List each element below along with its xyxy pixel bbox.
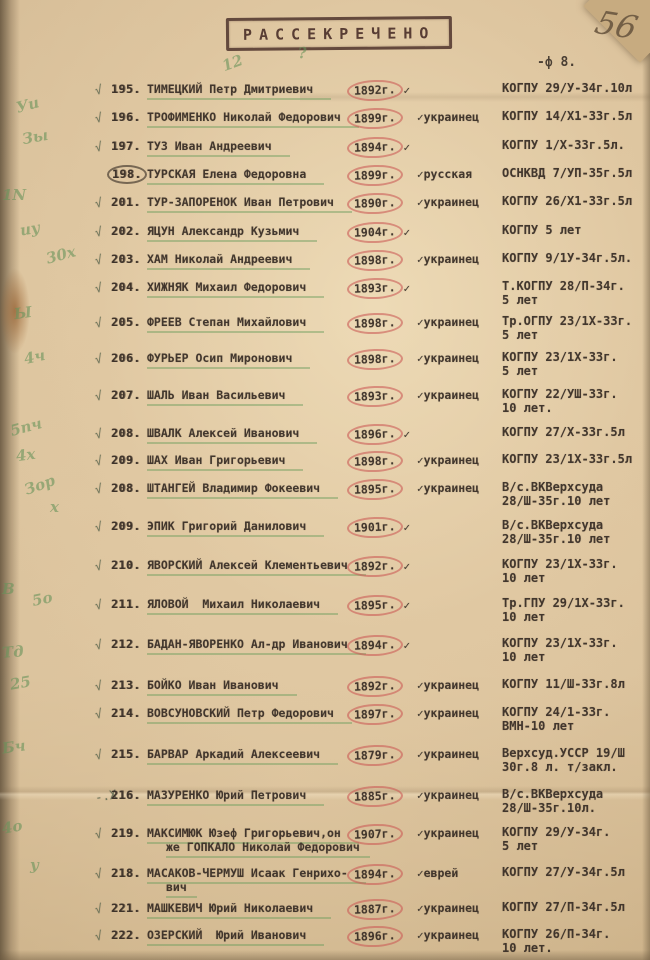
row-number: 202. [111,224,141,238]
birth-year-circled: 1893г. [347,277,403,300]
nationality-group: ✓украинец [416,388,479,402]
birth-year-group: 1894г. [347,864,403,885]
row-number: 210. [111,558,141,572]
sentence-record: КОГПУ 23/1Х-33г. 10 лет [502,637,618,664]
birth-year-group: 1879г. [347,745,403,766]
person-name: ШВАЛК Алексей Иванович [147,426,317,444]
nationality: украинец [424,678,479,692]
sentence-record: КОГПУ 11/Ш-33г.8л [502,678,625,692]
sentence-record: КОГПУ 27/Х-33г.5л [502,426,625,440]
pencil-checkmark: √ [94,139,104,154]
row-number: 207. [111,388,141,402]
margin-pencil-mark: 1N [2,186,26,204]
pen-tick-icon: ✓ [417,352,424,365]
sentence-record: КОГПУ 23/1Х-33г.5л [502,453,632,467]
pen-tick-icon: ✓ [417,789,424,802]
birth-year-circled: 1892г. [347,555,403,578]
margin-pencil-mark: В [2,580,15,598]
person-name: ШАЛЬ Иван Васильевич [147,388,303,406]
pen-tick-icon: ✓ [417,253,424,266]
birth-year-group: 1901г.✓ [347,517,410,538]
birth-year-circled: 1896г. [347,423,403,446]
person-name: ШТАНГЕЙ Владимир Фокеевич [147,481,338,499]
birth-year-circled: 1898г. [347,450,403,473]
list-row: √207.ШАЛЬ Иван Васильевич1893г.✓украинец… [0,388,650,418]
birth-year-circled: 1898г. [347,312,403,335]
birth-year-circled: 1879г. [347,744,403,767]
birth-year-circled: 1890г. [347,192,403,215]
pencil-checkmark: √ [94,351,104,366]
birth-year-group: 1894г.✓ [347,137,410,158]
list-row: 198.ТУРСКАЯ Елена Федоровна1899г.✓русска… [0,167,650,197]
pencil-checkmark: √ [94,224,104,239]
sentence-record: КОГПУ 5 лет [502,224,581,238]
birth-year-circled: 1895г. [347,478,403,501]
person-name: МАЗУРЕНКО Юрий Петрович [147,788,324,806]
birth-year-group: 1898г. [347,451,403,472]
list-row: √195.ТИМЕЦКИЙ Петр Дмитриевич1892г.✓КОГП… [0,82,650,112]
row-number: 219. [111,826,141,840]
list-row: √213.БОЙКО Иван Иванович1892г.✓украинецК… [0,678,650,708]
birth-year-circled: 1898г. [347,249,403,272]
birth-year-group: 1896г. [347,926,403,947]
birth-year-group: 1894г.✓ [347,635,410,656]
sentence-record: КОГПУ 27/П-34г.5л [502,901,625,915]
sentence-record: КОГПУ 27/У-34г.5л [502,866,625,880]
sentence-record: КОГПУ 29/У-34г.10л [502,82,632,96]
sentence-record: КОГПУ 14/Х1-33г.5л [502,110,632,124]
pencil-checkmark: √ [94,901,104,916]
nationality: еврей [424,866,459,880]
sentence-record: КОГПУ 22/УШ-33г. 10 лет. [502,388,618,415]
margin-pencil-mark: х [50,498,59,516]
sentence-record: КОГПУ 26/Х1-33г.5л [502,195,632,209]
list-row: √196.ТРОФИМЕНКО Николай Федорович1899г.✓… [0,110,650,140]
pencil-checkmark: √ [94,426,104,441]
person-name: ЭПИК Григорий Данилович [147,519,324,537]
pen-tick-icon: ✓ [417,929,424,942]
list-row: √201.ТУР-ЗАПОРЕНОК Иван Петрович1890г.✓у… [0,195,650,225]
person-name: ТУР-ЗАПОРЕНОК Иван Петрович [147,195,352,213]
birth-year-group: 1892г.✓ [347,80,410,101]
person-name: БОЙКО Иван Иванович [147,678,297,696]
nationality: русская [424,167,472,181]
pencil-checkmark: √ [94,252,104,267]
pen-tick-icon: ✓ [404,639,411,652]
pen-tick-icon: ✓ [417,482,424,495]
pencil-checkmark: √ [94,597,104,612]
pen-tick-icon: ✓ [404,226,411,239]
nationality: украинец [424,747,479,761]
list-row: √197.ТУЗ Иван Андреевич1894г.✓КОГПУ 1/Х-… [0,139,650,169]
pencil-checkmark: √ [94,747,104,762]
birth-year-circled: 1904г. [347,221,403,244]
pen-tick-icon: ✓ [417,748,424,761]
person-name: БАРВАР Аркадий Алексеевич [147,747,338,765]
margin-pencil-mark: Ы [13,303,33,323]
row-number: 204. [111,280,141,294]
row-number: 214. [111,706,141,720]
person-name: ОЗЕРСКИЙ Юрий Иванович [147,928,324,946]
person-name: ХАМ Николай Андреевич [147,252,310,270]
pen-tick-icon: ✓ [404,599,411,612]
row-number: 206. [111,351,141,365]
sentence-record: Тр.ГПУ 29/1Х-33г. 10 лет [502,597,625,624]
list-row: √205.ФРЕЕВ Степан Михайлович1898г.✓украи… [0,315,650,345]
nationality-group: ✓украинец [416,706,479,720]
nationality-group: ✓русская [416,167,472,181]
list-row: √209.ШАХ Иван Григорьевич1898г.✓украинец… [0,453,650,483]
birth-year-group: 1895г. [347,479,403,500]
nationality-group: ✓украинец [416,928,479,942]
pen-tick-icon: ✓ [404,428,411,441]
list-row: √218.МАСАКОВ-ЧЕРМУШ Исаак Генрихо-вич189… [0,866,650,896]
sentence-record: КОГПУ 1/Х-33г.5л. [502,139,625,153]
person-name: ФРЕЕВ Степан Михайлович [147,315,324,333]
row-number: 208. [111,481,141,495]
pen-tick-icon: ✓ [417,902,424,915]
birth-year-group: 1887г. [347,899,403,920]
person-name-line2: же ГОПКАЛО Николай Федорович [166,840,370,858]
row-number: 222. [111,928,141,942]
pen-tick-icon: ✓ [417,454,424,467]
declassified-stamp: РАССЕКРЕЧЕНО [226,16,453,51]
row-number: 205. [111,315,141,329]
birth-year-circled: 1894г. [347,863,403,886]
margin-pencil-mark: Бч [1,736,27,757]
birth-year-group: 1893г. [347,386,403,407]
list-row: √214.ВОВСУНОВСКИЙ Петр Федорович1897г.✓у… [0,706,650,736]
row-number: 197. [111,139,141,153]
birth-year-group: 1892г.✓ [347,556,410,577]
nationality-group: ✓украинец [416,678,479,692]
list-row: √209.ЭПИК Григорий Данилович1901г.✓В/с.В… [0,519,650,549]
pen-tick-icon: ✓ [417,679,424,692]
sentence-record: КОГПУ 26/П-34г. 10 лет. [502,928,610,955]
list-row: -.Х216.МАЗУРЕНКО Юрий Петрович1885г.✓укр… [0,788,650,818]
person-name: ЯЛОВОЙ Михаил Николаевич [147,597,338,615]
list-row: √206.ФУРЬЕР Осип Миронович1898г.✓украине… [0,351,650,381]
sentence-record: В/с.ВКВерхсуда 28/Ш-35г.10 лет [502,481,610,508]
pen-tick-icon: ✓ [417,316,424,329]
person-name: ФУРЬЕР Осип Миронович [147,351,310,369]
list-row: √215.БАРВАР Аркадий Алексеевич1879г.✓укр… [0,747,650,777]
person-name: ТИМЕЦКИЙ Петр Дмитриевич [147,82,331,100]
list-row: √219.МАКСИМЮК Юзеф Григорьевич,онже ГОПК… [0,826,650,856]
row-number: 211. [111,597,141,611]
nationality-group: ✓украинец [416,788,479,802]
birth-year-circled: 1892г. [347,675,403,698]
birth-year-group: 1898г. [347,313,403,334]
pencil-checkmark: √ [94,519,104,534]
birth-year-circled: 1885г. [347,785,403,808]
pencil-checkmark: √ [94,481,104,496]
list-row: √210.ЯВОРСКИЙ Алексей Клементьевич1892г.… [0,558,650,588]
nationality: украинец [424,481,479,495]
list-row: √204.ХИЖНЯК Михаил Федорович1893г.✓Т.КОГ… [0,280,650,310]
row-number: 203. [111,252,141,266]
birth-year-circled: 1893г. [347,385,403,408]
pen-tick-icon: ✓ [417,389,424,402]
pen-tick-icon: ✓ [404,141,411,154]
pen-tick-icon: ✓ [417,867,424,880]
row-number: 221. [111,901,141,915]
birth-year-group: 1895г.✓ [347,595,410,616]
birth-year-circled: 1896г. [347,925,403,948]
margin-pencil-mark: у [30,856,39,874]
nationality: украинец [424,315,479,329]
person-name: ЯЦУН Александр Кузьмич [147,224,317,242]
nationality: украинец [424,252,479,266]
list-row: √203.ХАМ Николай Андреевич1898г.✓украине… [0,252,650,282]
pen-tick-icon: ✓ [404,560,411,573]
margin-pencil-mark: 4х [15,445,37,466]
margin-pencil-mark: ? [297,44,307,63]
row-number: 213. [111,678,141,692]
birth-year-circled: 1895г. [347,594,403,617]
pencil-checkmark: √ [94,82,104,97]
pencil-checkmark: √ [94,826,104,841]
birth-year-circled: 1897г. [347,703,403,726]
birth-year-group: 1897г. [347,704,403,725]
list-row: √212.БАДАН-ЯВОРЕНКО Ал-др Иванович1894г.… [0,637,650,667]
list-row: √211.ЯЛОВОЙ Михаил Николаевич1895г.✓Тр.Г… [0,597,650,627]
list-row: √202.ЯЦУН Александр Кузьмич1904г.✓КОГПУ … [0,224,650,254]
birth-year-group: 1890г. [347,193,403,214]
nationality: украинец [424,110,479,124]
scanned-document-page: РАССЕКРЕЧЕНО 56 -ф 8. √195.ТИМЕЦКИЙ Петр… [0,0,650,960]
nationality-group: ✓украинец [416,252,479,266]
birth-year-group: 1892г. [347,676,403,697]
nationality: украинец [424,928,479,942]
margin-pencil-mark: Тд [1,642,24,662]
pencil-checkmark: √ [94,558,104,573]
person-name-line2: вич [166,880,197,898]
sentence-record: Тр.ОГПУ 23/1Х-33г. 5 лет [502,315,632,342]
pencil-checkmark: √ [94,110,104,125]
person-name: ЯВОРСКИЙ Алексей Клементьевич [147,558,366,576]
pencil-checkmark: √ [94,388,104,403]
person-name: МАШКЕВИЧ Юрий Николаевич [147,901,331,919]
row-number: 209. [111,519,141,533]
person-name: ВОВСУНОВСКИЙ Петр Федорович [147,706,352,724]
birth-year-circled: 1887г. [347,898,403,921]
margin-pencil-mark: иу [19,218,42,239]
birth-year-group: 1898г. [347,349,403,370]
person-name: БАДАН-ЯВОРЕНКО Ал-др Иванович [147,637,366,655]
pen-tick-icon: ✓ [404,282,411,295]
birth-year-circled: 1899г. [347,164,403,187]
birth-year-group: 1899г. [347,108,403,129]
nationality-group: ✓украинец [416,453,479,467]
margin-pencil-mark: 12 [220,51,246,75]
birth-year-group: 1899г. [347,165,403,186]
margin-pencil-mark: 25 [9,672,33,693]
nationality: украинец [424,351,479,365]
pen-tick-icon: ✓ [404,521,411,534]
nationality: украинец [424,388,479,402]
sentence-record: Т.КОГПУ 28/П-34г. 5 лет [502,280,625,307]
nationality-group: ✓украинец [416,747,479,761]
list-row: √222.ОЗЕРСКИЙ Юрий Иванович1896г.✓украин… [0,928,650,958]
birth-year-group: 1896г.✓ [347,424,410,445]
birth-year-circled: 1907г. [347,823,403,846]
birth-year-group: 1893г.✓ [347,278,410,299]
pencil-checkmark: √ [94,706,104,721]
margin-pencil-mark: 4о [1,816,24,837]
birth-year-circled: 1894г. [347,136,403,159]
birth-year-circled: 1892г. [347,79,403,102]
row-number: 216. [111,788,141,802]
person-name: ТРОФИМЕНКО Николай Федорович [147,110,359,128]
birth-year-group: 1898г. [347,250,403,271]
sentence-record: КОГПУ 23/1Х-33г. 10 лет [502,558,618,585]
nationality: украинец [424,826,479,840]
nationality-group: ✓украинец [416,110,479,124]
pencil-checkmark: √ [94,195,104,210]
birth-year-circled: 1894г. [347,634,403,657]
nationality-group: ✓украинец [416,351,479,365]
person-name: ШАХ Иван Григорьевич [147,453,303,471]
pencil-checkmark: √ [94,928,104,943]
pen-tick-icon: ✓ [417,707,424,720]
nationality-group: ✓еврей [416,866,458,880]
sentence-record: КОГПУ 24/1-33г. ВМН-10 лет [502,706,610,733]
pen-tick-icon: ✓ [417,111,424,124]
nationality-group: ✓украинец [416,315,479,329]
pencil-checkmark: √ [94,678,104,693]
row-number: 195. [111,82,141,96]
birth-year-circled: 1901г. [347,516,403,539]
sentence-record: Верхсуд.УССР 19/Ш 30г.8 л. т/закл. [502,747,625,774]
nationality-group: ✓украинец [416,826,479,840]
row-number: 196. [111,110,141,124]
sentence-record: КОГПУ 9/1У-34г.5л. [502,252,632,266]
row-number: 208. [111,426,141,440]
person-name: ХИЖНЯК Михаил Федорович [147,280,324,298]
pencil-checkmark: √ [94,866,104,881]
row-number: 198. [107,165,147,184]
list-row: √208.ШТАНГЕЙ Владимир Фокеевич1895г.✓укр… [0,481,650,511]
birth-year-group: 1885г. [347,786,403,807]
pen-tick-icon: ✓ [417,196,424,209]
birth-year-circled: 1899г. [347,107,403,130]
nationality-group: ✓украинец [416,481,479,495]
row-number: 212. [111,637,141,651]
row-number: 201. [111,195,141,209]
typed-header-note: -ф 8. [537,55,576,70]
birth-year-group: 1907г. [347,824,403,845]
nationality: украинец [424,453,479,467]
pencil-checkmark: √ [94,280,104,295]
sentence-record: В/с.ВКВерхсуда 28/Ш-35г.10л. [502,788,603,815]
pencil-checkmark: √ [94,453,104,468]
pencil-checkmark: √ [94,637,104,652]
nationality-group: ✓украинец [416,901,479,915]
pen-tick-icon: ✓ [417,168,424,181]
sentence-record: КОГПУ 29/У-34г. 5 лет [502,826,610,853]
sentence-record: КОГПУ 23/1Х-33г. 5 лет [502,351,618,378]
row-number: 209. [111,453,141,467]
pencil-checkmark: √ [94,315,104,330]
sentence-record: В/с.ВКВерхсуда 28/Ш-35г.10 лет [502,519,610,546]
pen-tick-icon: ✓ [417,827,424,840]
birth-year-circled: 1898г. [347,348,403,371]
pen-tick-icon: ✓ [404,84,411,97]
nationality: украинец [424,706,479,720]
nationality: украинец [424,195,479,209]
birth-year-group: 1904г.✓ [347,222,410,243]
row-number: 218. [111,866,141,880]
nationality: украинец [424,901,479,915]
person-name: ТУЗ Иван Андреевич [147,139,290,157]
nationality-group: ✓украинец [416,195,479,209]
nationality: украинец [424,788,479,802]
sentence-record: ОСНКВД 7/УП-35г.5л [502,167,632,181]
row-number: 215. [111,747,141,761]
person-name: ТУРСКАЯ Елена Федоровна [147,167,324,185]
